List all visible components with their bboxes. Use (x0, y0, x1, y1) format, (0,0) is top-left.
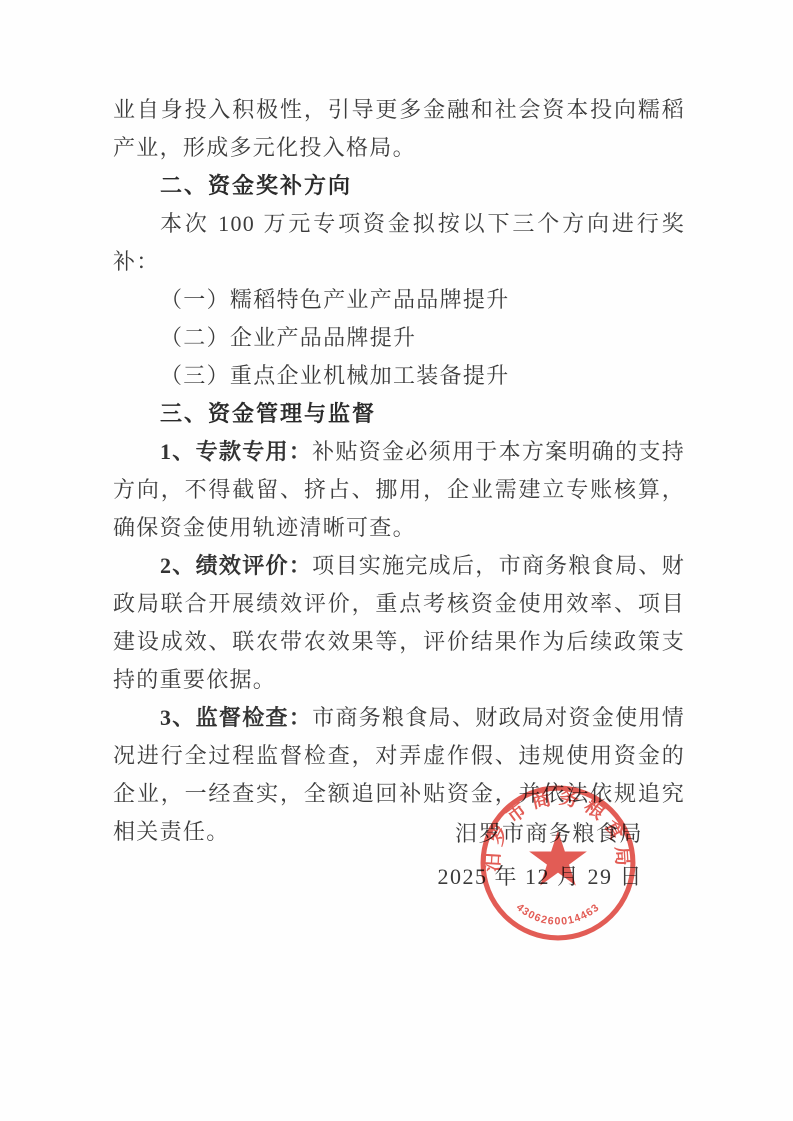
clause-2: 2、绩效评价：项目实施完成后，市商务粮食局、财政局联合开展绩效评价，重点考核资金… (113, 547, 685, 699)
clause-1-label: 1、专款专用： (160, 439, 312, 464)
seal-number: 4306260014463 (514, 901, 602, 927)
section3-heading: 三、资金管理与监督 (113, 395, 685, 433)
signature-block: 汨罗市商务粮食局 2025 年 12 月 29 日 (437, 812, 643, 898)
clause-1: 1、专款专用：补贴资金必须用于本方案明确的支持方向，不得截留、挤占、挪用，企业需… (113, 433, 685, 547)
section2-heading: 二、资金奖补方向 (113, 167, 685, 205)
funding-item-3: （三）重点企业机械加工装备提升 (113, 357, 685, 395)
section2-intro: 本次 100 万元专项资金拟按以下三个方向进行奖补： (113, 205, 685, 281)
funding-item-2: （二）企业产品品牌提升 (113, 319, 685, 357)
signature-org: 汨罗市商务粮食局 (437, 812, 643, 855)
continuation-paragraph: 业自身投入积极性，引导更多金融和社会资本投向糯稻产业，形成多元化投入格局。 (113, 91, 685, 167)
signature-date: 2025 年 12 月 29 日 (437, 855, 643, 898)
funding-item-1: （一）糯稻特色产业产品品牌提升 (113, 281, 685, 319)
document-body: 业自身投入积极性，引导更多金融和社会资本投向糯稻产业，形成多元化投入格局。 二、… (113, 91, 685, 851)
document-page: 业自身投入积极性，引导更多金融和社会资本投向糯稻产业，形成多元化投入格局。 二、… (0, 0, 793, 1121)
clause-3-label: 3、监督检查： (160, 705, 312, 730)
clause-2-label: 2、绩效评价： (160, 553, 312, 578)
